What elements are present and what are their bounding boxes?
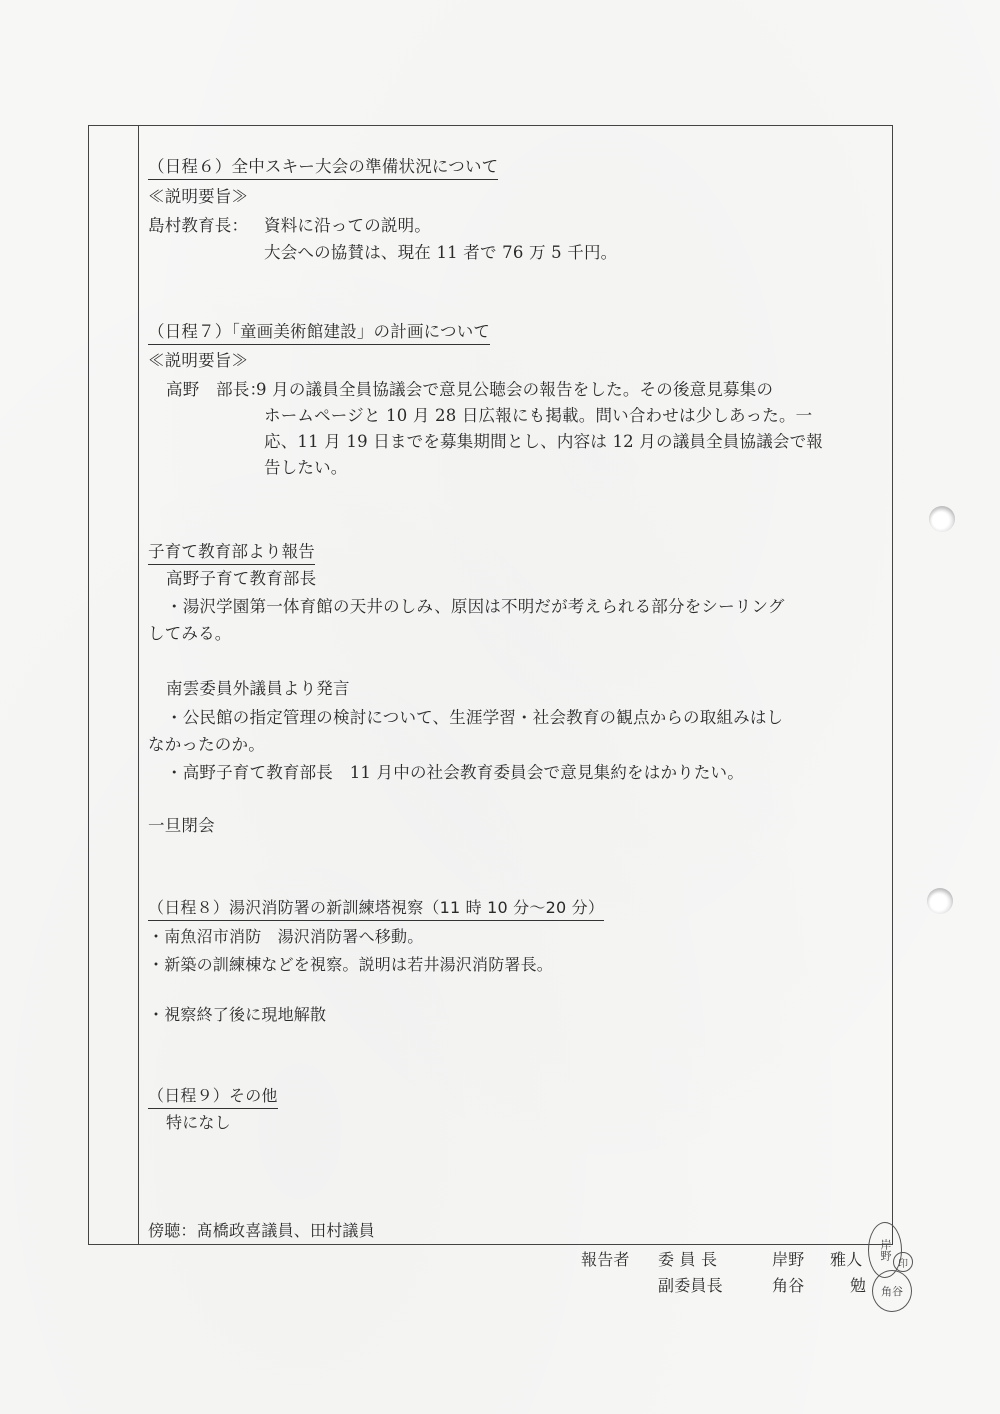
seal-mark-text: 印 (898, 1255, 908, 1270)
vice-chair-family-name: 角谷 (772, 1275, 804, 1297)
chair-given-name: 雅人 (830, 1249, 862, 1271)
seal2-text: 角谷 (881, 1283, 903, 1299)
report-speaker2: 南雲委員外議員より発言 (166, 678, 350, 700)
agenda6-line1: 資料に沿っての説明。 (264, 215, 431, 237)
punch-hole-icon (927, 888, 953, 914)
agenda9-content: 特になし (166, 1112, 231, 1134)
agenda7-heading: （日程７）「童画美術館建設」の計画について (148, 321, 490, 345)
seal1-text: 岸野 (877, 1239, 893, 1261)
report-heading: 子育て教育部より報告 (148, 541, 315, 565)
agenda8-heading: （日程８）湯沢消防署の新訓練塔視察（11 時 10 分～20 分） (148, 897, 604, 921)
agenda7-speaker: 高野 部長： (166, 379, 266, 401)
frame-column-divider (138, 125, 139, 1245)
agenda8-item2: ・新築の訓練棟などを視察。説明は若井湯沢消防署長。 (148, 954, 553, 976)
reporter-label: 報告者 (581, 1249, 630, 1271)
chair-family-name: 岸野 (772, 1249, 804, 1271)
agenda7-line4: 告したい。 (264, 457, 348, 479)
report-item1-line2: してみる。 (148, 623, 232, 645)
adjourn-text: 一旦閉会 (148, 815, 215, 837)
seal-mark-icon: 印 (893, 1252, 913, 1272)
agenda6-speaker: 島村教育長： (148, 215, 248, 237)
agenda6-heading: （日程６）全中スキー大会の準備状況について (148, 156, 498, 180)
vice-chair-given-name: 勉 (850, 1275, 866, 1297)
vice-chair-role: 副委員長 (658, 1275, 723, 1297)
agenda6-summary-label: ≪説明要旨≫ (148, 186, 248, 208)
agenda8-item1: ・南魚沼市消防 湯沢消防署へ移動。 (148, 926, 423, 948)
agenda7-line1: 9 月の議員全員協議会で意見公聴会の報告をした。その後意見募集の (256, 379, 773, 401)
agenda8-item3: ・視察終了後に現地解散 (148, 1004, 326, 1026)
audience-line: 傍聴：髙橋政喜議員、田村議員 (148, 1220, 375, 1242)
agenda7-line2: ホームページと 10 月 28 日広報にも掲載。問い合わせは少しあった。一 (264, 405, 812, 427)
agenda7-summary-label: ≪説明要旨≫ (148, 350, 248, 372)
agenda9-heading: （日程９）その他 (148, 1085, 278, 1109)
seal-stamp-icon: 角谷 (872, 1270, 912, 1312)
report-item2-line1: ・公民館の指定管理の検討について、生涯学習・社会教育の観点からの取組みはし (166, 707, 783, 729)
agenda7-line3: 応、11 月 19 日までを募集期間とし、内容は 12 月の議員全員協議会で報 (264, 431, 823, 453)
report-speaker: 高野子育て教育部長 (166, 568, 316, 590)
chair-role: 委 員 長 (658, 1249, 717, 1271)
punch-hole-icon (929, 506, 955, 532)
agenda6-line2: 大会への協賛は、現在 11 者で 76 万 5 千円。 (264, 242, 617, 264)
report-item3: ・高野子育て教育部長 11 月中の社会教育委員会で意見集約をはかりたい。 (166, 762, 744, 784)
report-item2-line2: なかったのか。 (148, 734, 265, 756)
report-item1-line1: ・湯沢学園第一体育館の天井のしみ、原因は不明だが考えられる部分をシーリング (166, 596, 785, 618)
